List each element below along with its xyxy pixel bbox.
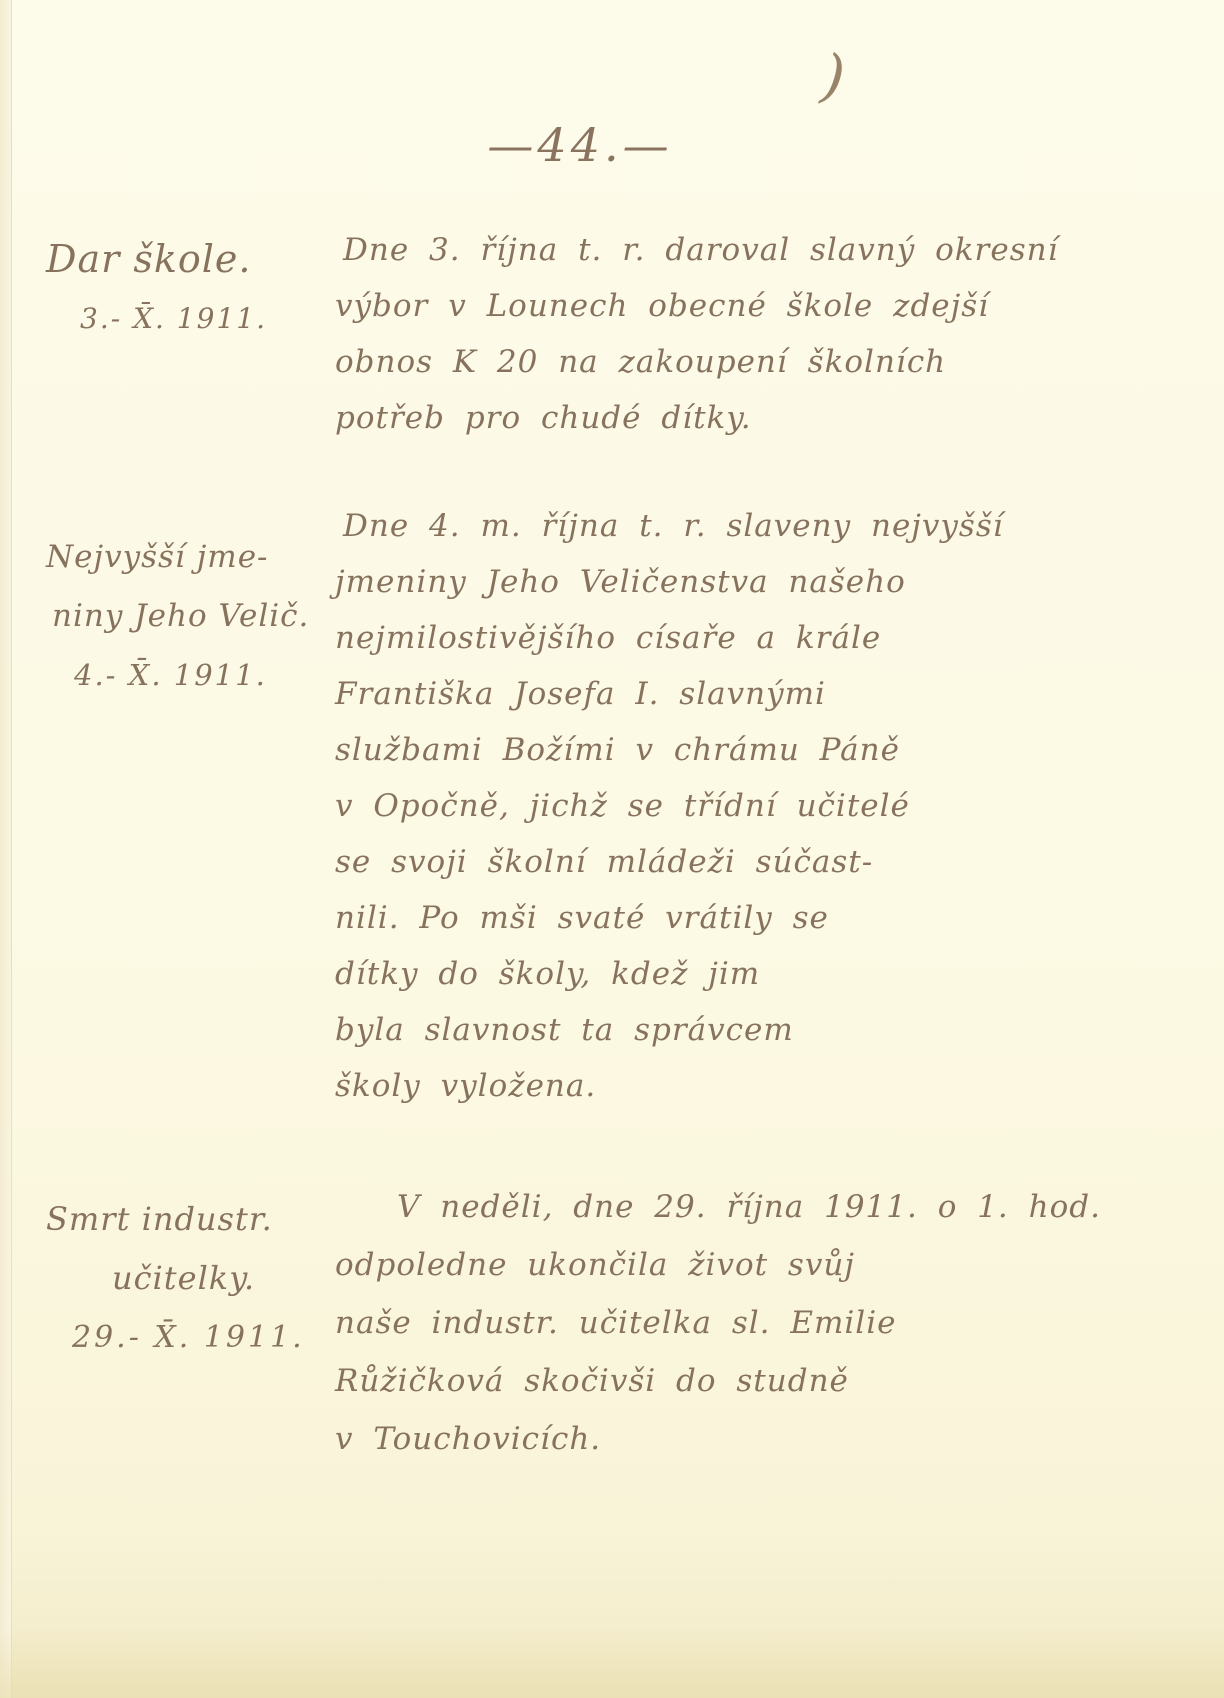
handwritten-text-line: učitelky. (46, 1249, 331, 1308)
handwritten-text-line: 3.- X̄. 1911. (46, 289, 331, 348)
handwritten-text-line: jmeniny Jeho Veličenstva našeho (335, 554, 1135, 610)
handwritten-text-line: službami Božími v chrámu Páně (335, 722, 1135, 778)
handwritten-text-line: V neděli, dne 29. října 1911. o 1. hod. (335, 1178, 1135, 1236)
page-number: —44.— (380, 118, 780, 172)
handwritten-text-line: nejmilostivějšího císaře a krále (335, 610, 1135, 666)
handwritten-text-line: výbor v Lounech obecné škole zdejší (335, 278, 1135, 334)
handwritten-text-line: 4.- X̄. 1911. (46, 646, 331, 705)
handwritten-text-line: potřeb pro chudé dítky. (335, 390, 1135, 446)
handwritten-text-line: Františka Josefa I. slavnými (335, 666, 1135, 722)
handwritten-text-line: niny Jeho Velič. (46, 587, 331, 646)
handwritten-text-line: v Opočně, jichž se třídní učitelé (335, 778, 1135, 834)
handwritten-text-line: se svoji školní mládeži súčast- (335, 834, 1135, 890)
entry-paragraph: Dne 3. října t. r. daroval slavný okresn… (335, 222, 1135, 446)
handwritten-text-line: naše industr. učitelka sl. Emilie (335, 1294, 1135, 1352)
chronicle-page: ) —44.— Dar škole.3.- X̄. 1911. Dne 3. ř… (0, 0, 1224, 1698)
page-left-edge (0, 0, 12, 1698)
handwritten-text-line: byla slavnost ta správcem (335, 1002, 1135, 1058)
handwritten-text-line: Dne 4. m. října t. r. slaveny nejvyšší (335, 498, 1135, 554)
handwritten-text-line: Smrt industr. (46, 1190, 331, 1249)
handwritten-text-line: dítky do školy, kdež jim (335, 946, 1135, 1002)
handwritten-text-line: obnos K 20 na zakoupení školních (335, 334, 1135, 390)
handwritten-text-line: 29.- X̄. 1911. (46, 1308, 331, 1367)
margin-note: Dar škole.3.- X̄. 1911. (46, 230, 331, 348)
margin-note: Nejvyšší jme-niny Jeho Velič.4.- X̄. 191… (46, 528, 331, 705)
stray-pen-mark: ) (819, 41, 849, 111)
margin-note: Smrt industr.učitelky.29.- X̄. 1911. (46, 1190, 331, 1367)
handwritten-text-line: Dne 3. října t. r. daroval slavný okresn… (335, 222, 1135, 278)
handwritten-text-line: Růžičková skočivši do studně (335, 1352, 1135, 1410)
handwritten-text-line: Nejvyšší jme- (46, 528, 331, 587)
handwritten-text-line: Dar škole. (46, 230, 331, 289)
handwritten-text-line: odpoledne ukončila život svůj (335, 1236, 1135, 1294)
handwritten-text-line: nili. Po mši svaté vrátily se (335, 890, 1135, 946)
handwritten-text-line: v Touchovicích. (335, 1410, 1135, 1468)
page-bottom-edge (0, 1628, 1224, 1698)
entry-paragraph: V neděli, dne 29. října 1911. o 1. hod.o… (335, 1178, 1135, 1468)
handwritten-text-line: školy vyložena. (335, 1058, 1135, 1114)
entry-paragraph: Dne 4. m. října t. r. slaveny nejvyššíjm… (335, 498, 1135, 1114)
